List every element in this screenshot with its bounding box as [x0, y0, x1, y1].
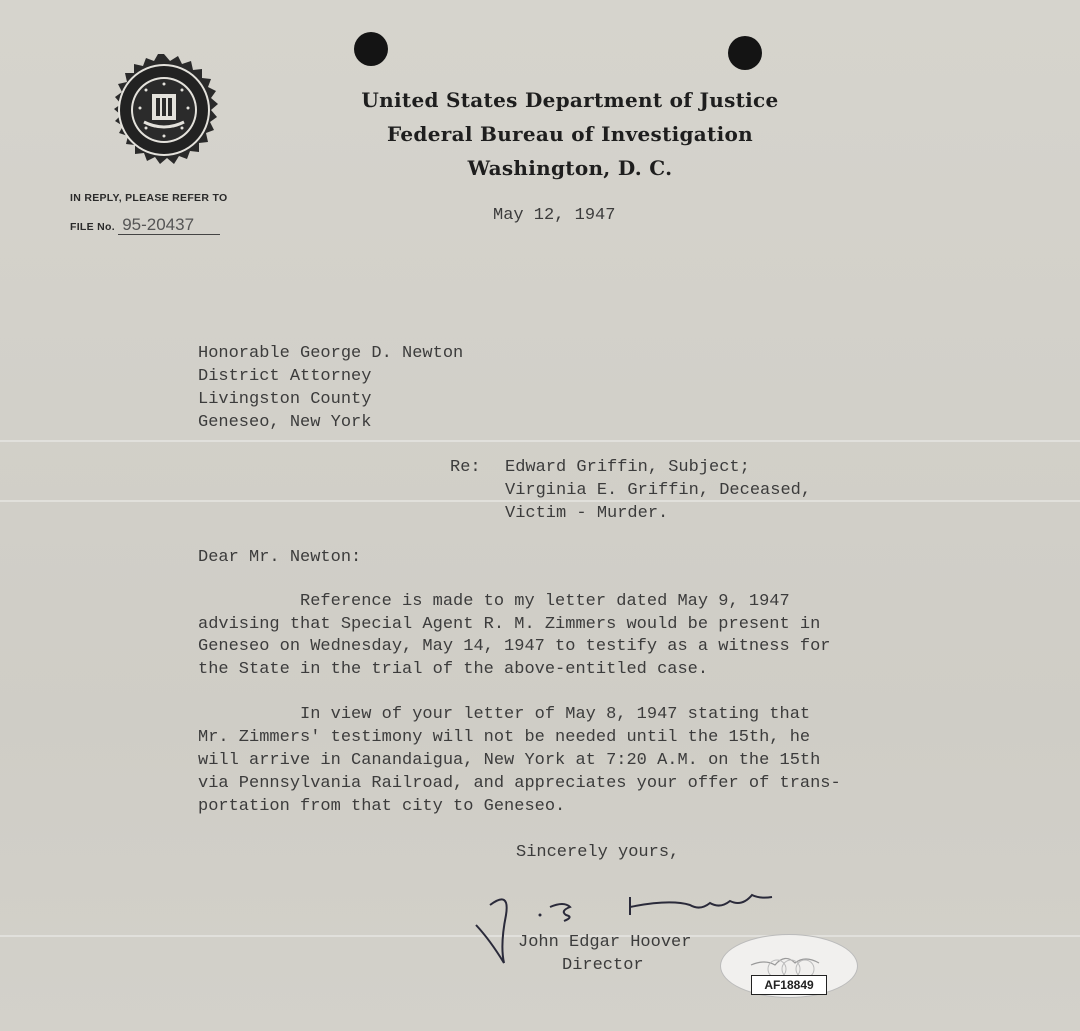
- fbi-seal-icon: [104, 52, 224, 172]
- letter-paper: United States Department of Justice Fede…: [0, 0, 1080, 1031]
- salutation: Dear Mr. Newton:: [198, 548, 361, 567]
- punch-hole: [728, 36, 762, 70]
- re-label: Re:: [450, 458, 481, 477]
- address-line: Honorable George D. Newton: [198, 344, 463, 363]
- reply-label: IN REPLY, PLEASE REFER TO: [70, 192, 227, 204]
- body-line: Mr. Zimmers' testimony will not be neede…: [198, 728, 810, 747]
- closing: Sincerely yours,: [516, 843, 679, 862]
- re-line: Edward Griffin, Subject;: [505, 458, 750, 477]
- letter-date: May 12, 1947: [493, 206, 615, 225]
- address-line: District Attorney: [198, 367, 371, 386]
- sticker-signature-icon: [721, 939, 857, 979]
- file-label: FILE No.: [70, 221, 115, 233]
- address-line: Livingston County: [198, 390, 371, 409]
- authentication-sticker: AF18849: [720, 934, 858, 998]
- body-line: In view of your letter of May 8, 1947 st…: [198, 705, 810, 724]
- body-line: portation from that city to Geneseo.: [198, 797, 565, 816]
- punch-hole: [354, 32, 388, 66]
- sticker-id: AF18849: [751, 975, 827, 995]
- signer-title: Director: [562, 956, 644, 975]
- signer-name: John Edgar Hoover: [518, 933, 691, 952]
- body-line: will arrive in Canandaigua, New York at …: [198, 751, 820, 770]
- address-line: Geneseo, New York: [198, 413, 371, 432]
- letterhead-line-3: Washington, D. C.: [300, 156, 840, 180]
- fold-line: [0, 440, 1080, 442]
- file-number-row: FILE No. 95-20437: [70, 215, 220, 235]
- body-line: advising that Special Agent R. M. Zimmer…: [198, 615, 820, 634]
- fold-line: [0, 500, 1080, 502]
- letterhead-line-1: United States Department of Justice: [300, 88, 840, 112]
- body-line: Reference is made to my letter dated May…: [198, 592, 790, 611]
- re-line: Victim - Murder.: [505, 504, 668, 523]
- body-line: the State in the trial of the above-enti…: [198, 660, 708, 679]
- body-line: Geneseo on Wednesday, May 14, 1947 to te…: [198, 637, 831, 656]
- body-line: via Pennsylvania Railroad, and appreciat…: [198, 774, 841, 793]
- letterhead-line-2: Federal Bureau of Investigation: [300, 122, 840, 146]
- file-number: 95-20437: [118, 215, 220, 235]
- re-line: Virginia E. Griffin, Deceased,: [505, 481, 811, 500]
